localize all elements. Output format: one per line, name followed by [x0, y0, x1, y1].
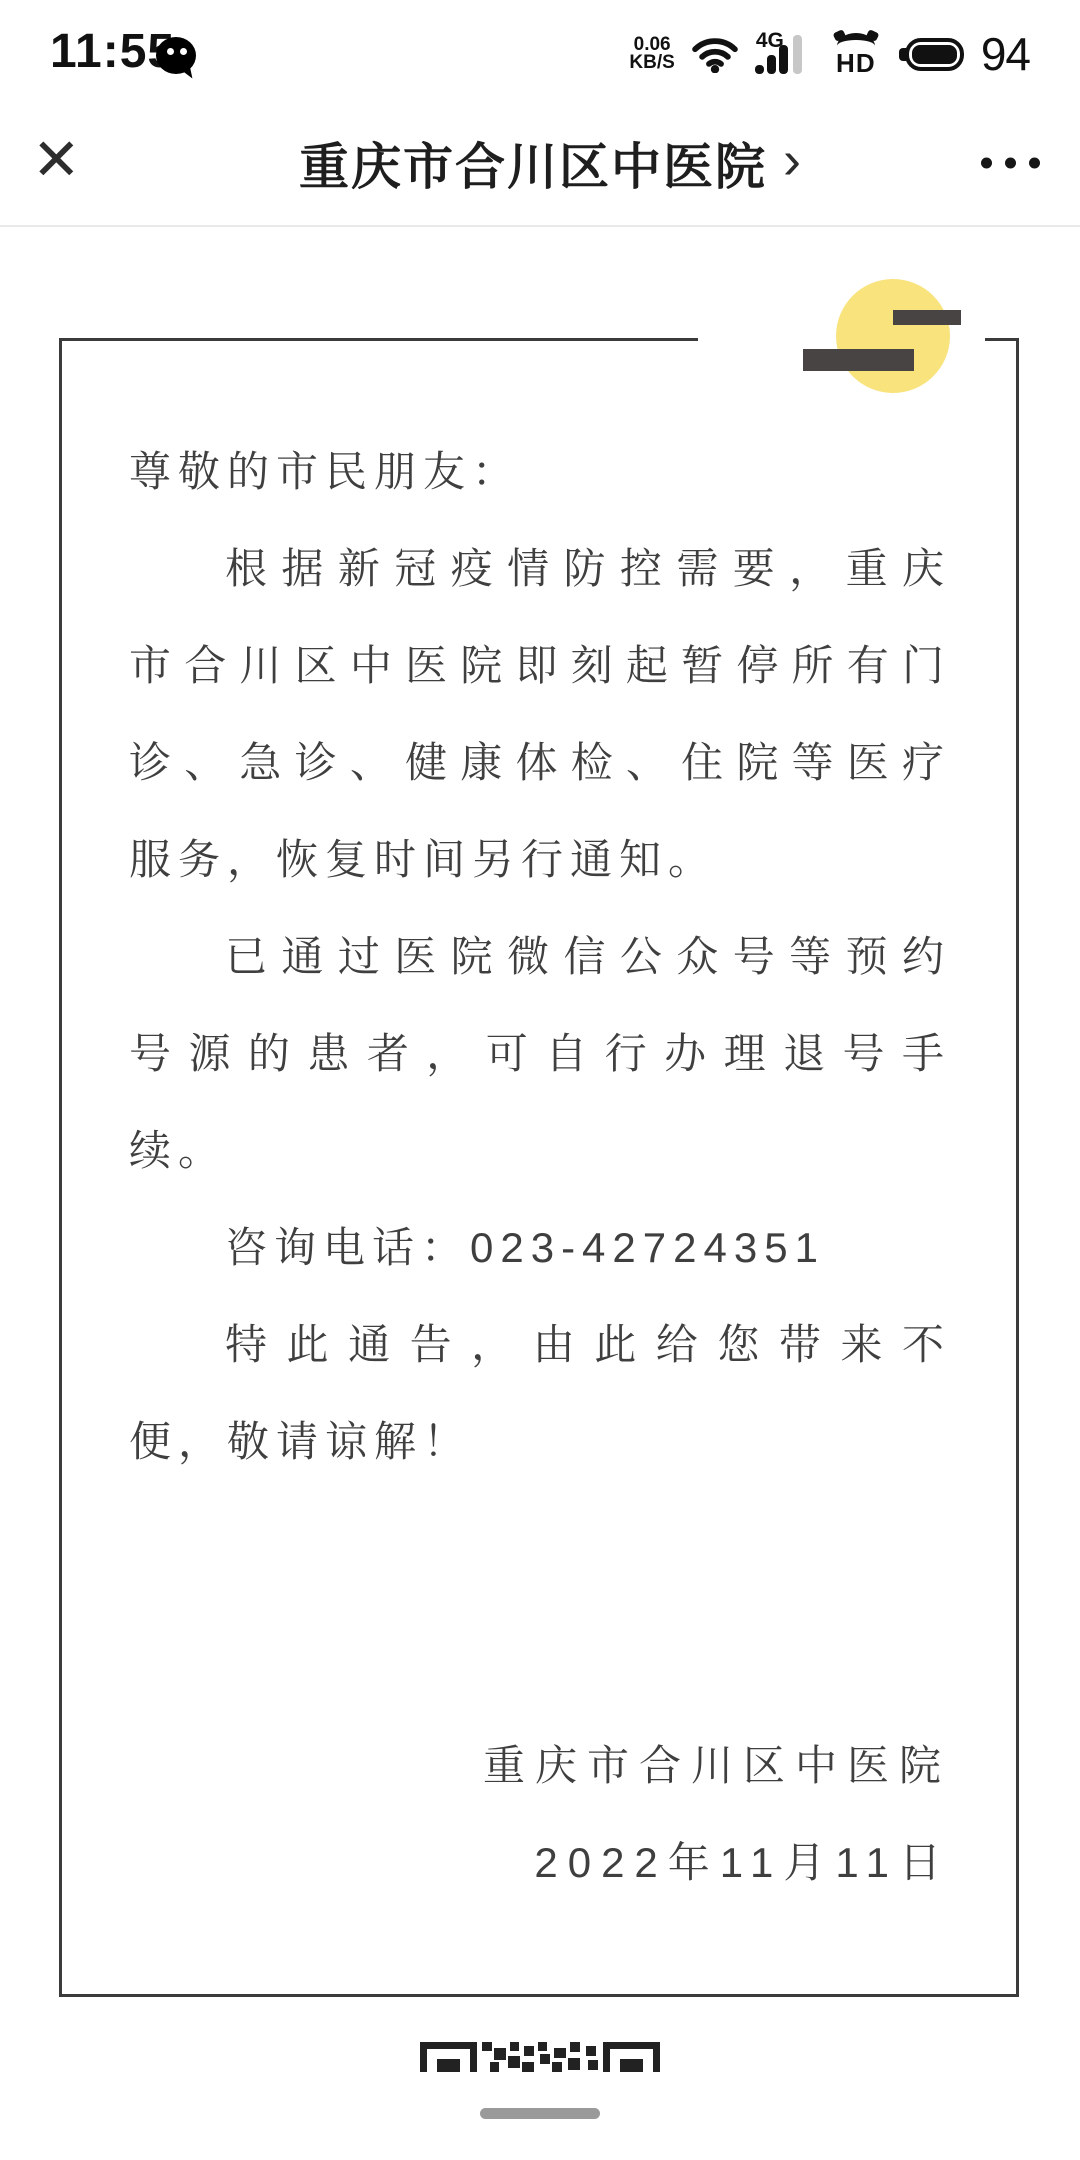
network-speed: 0.06 KB/S: [629, 36, 674, 72]
signal-bar: [779, 45, 788, 74]
close-button[interactable]: ✕: [32, 131, 81, 189]
notice-line: 尊敬的市民朋友：: [129, 423, 951, 520]
notice-line: 服务，恢复时间另行通知。: [129, 811, 951, 908]
signature-org: 重庆市合川区中医院: [129, 1717, 951, 1814]
decor-gray-bar-top: [893, 310, 961, 325]
qr-code-image: [420, 2042, 660, 2072]
home-indicator-bar[interactable]: [480, 2108, 600, 2119]
signal-bar-empty: [793, 35, 802, 74]
notice-body: 尊敬的市民朋友： 根据新冠疫情防控需要，重庆 市合川区中医院即刻起暂停所有门 诊…: [129, 423, 951, 1490]
decor-yellow-circle: [836, 279, 950, 393]
notice-line: 市合川区中医院即刻起暂停所有门: [129, 617, 951, 714]
page-title: 重庆市合川区中医院: [299, 127, 767, 199]
signature-date: 2022年11月11日: [129, 1814, 951, 1911]
menu-dot: [981, 157, 992, 168]
battery-body: [905, 38, 964, 71]
official-account-title[interactable]: 重庆市合川区中医院 ›: [299, 127, 801, 199]
menu-dot: [1029, 157, 1040, 168]
battery-icon: [899, 38, 964, 71]
notice-signature-block: 重庆市合川区中医院 2022年11月11日: [129, 1717, 951, 1911]
signal-bar: [767, 55, 776, 74]
signal-bar: [755, 65, 764, 74]
notice-phone-line: 咨询电话：023-42724351: [129, 1199, 951, 1296]
chevron-right-icon: ›: [783, 133, 801, 187]
wechat-bubble-eye: [180, 48, 187, 55]
wifi-icon: [692, 35, 738, 73]
wechat-bubble-tail: [177, 64, 193, 81]
notice-line: 便，敬请谅解！: [129, 1393, 951, 1490]
notice-line: 续。: [129, 1102, 951, 1199]
wechat-notification-icon: [156, 37, 196, 77]
battery-fill: [912, 45, 957, 64]
notice-line: 已通过医院微信公众号等预约: [129, 908, 951, 1005]
notice-line: 特此通告，由此给您带来不: [129, 1296, 951, 1393]
decor-gray-bar-bottom: [803, 349, 914, 371]
notice-line: 诊、急诊、健康体检、住院等医疗: [129, 714, 951, 811]
notice-line: 根据新冠疫情防控需要，重庆: [129, 520, 951, 617]
more-menu-button[interactable]: [981, 157, 1040, 168]
handset-arc-icon: [837, 33, 875, 53]
navbar: ✕ 重庆市合川区中医院 ›: [0, 100, 1080, 227]
phone-screen: 11:55 0.06 KB/S 4G HD: [0, 0, 1080, 2160]
volte-hd-label: HD: [836, 52, 876, 75]
volte-hd-icon: HD: [830, 33, 882, 75]
notice-line: 号源的患者，可自行办理退号手: [129, 1005, 951, 1102]
menu-dot: [1005, 157, 1016, 168]
wechat-bubble-eye: [167, 48, 174, 55]
status-icons: 0.06 KB/S 4G HD 94: [629, 30, 1030, 78]
battery-percent: 94: [981, 31, 1030, 77]
cellular-signal-icon: 4G: [755, 33, 813, 75]
network-speed-unit: KB/S: [629, 54, 674, 72]
